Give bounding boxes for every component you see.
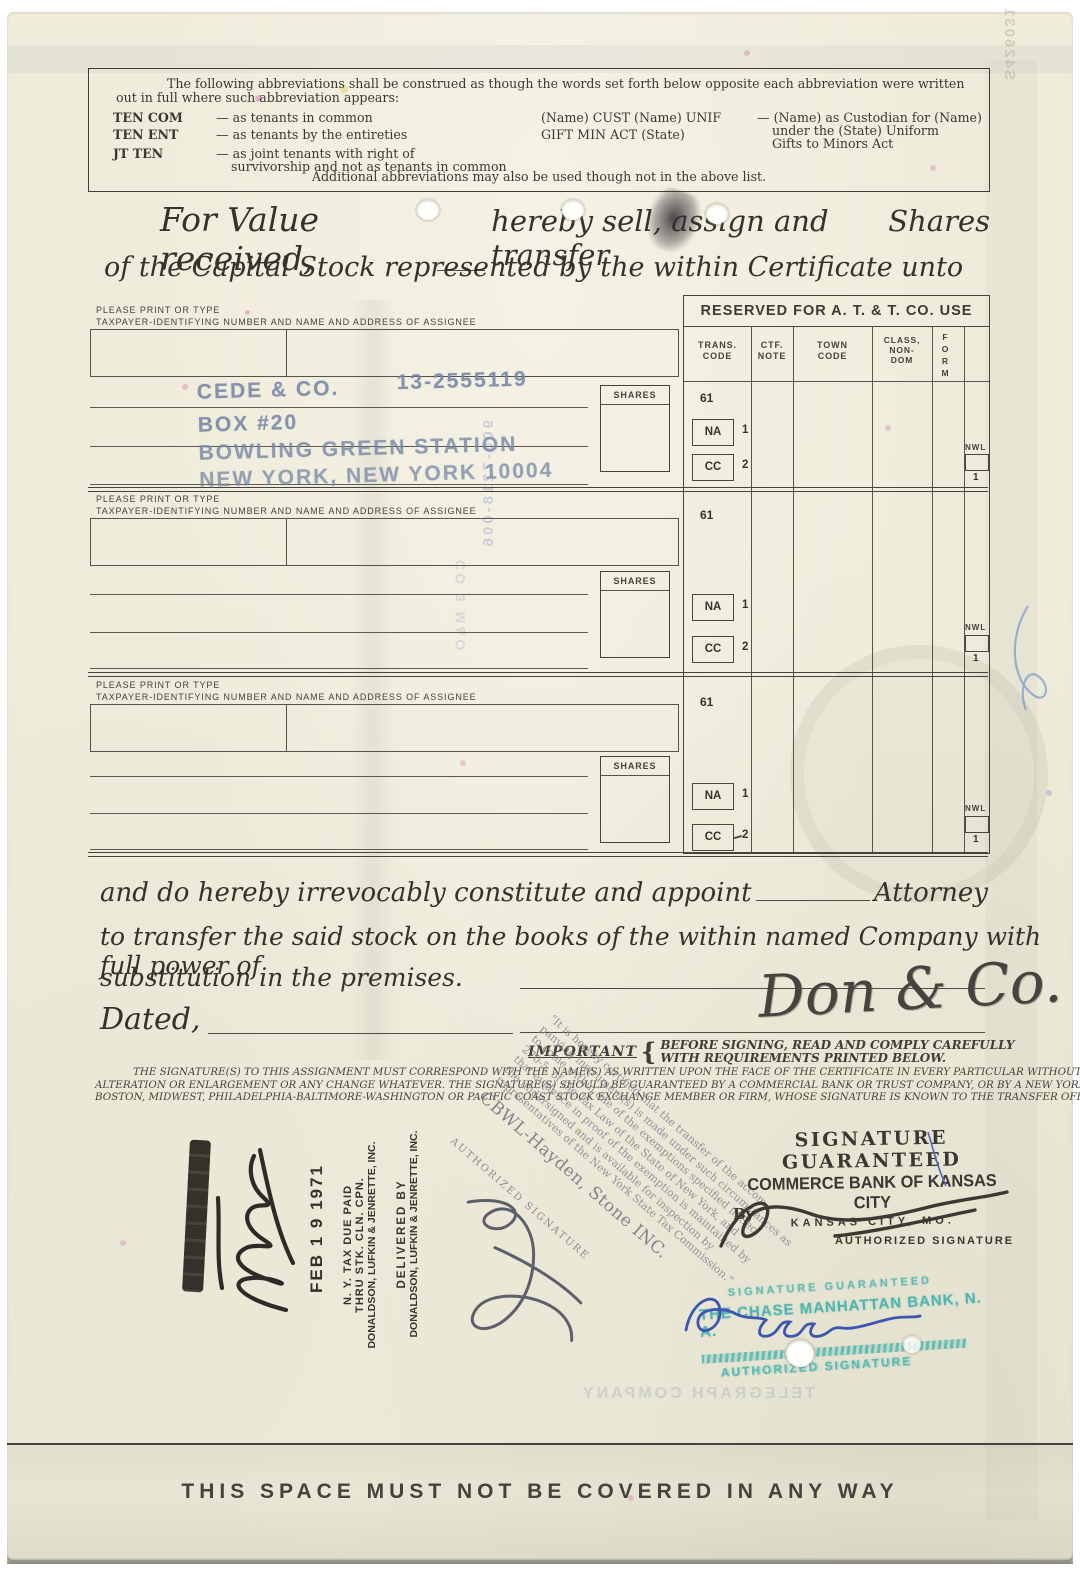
blank-line	[756, 899, 870, 901]
col-header-town-code: TOWN CODE	[793, 340, 872, 362]
row1-na-box: NA	[692, 419, 734, 446]
id-box-divider	[286, 519, 287, 565]
handwritten-signature-left	[208, 1138, 308, 1318]
id-box-divider	[286, 330, 287, 376]
row1-cc-num: 2	[742, 459, 748, 471]
abbrev-cust-def3: Gifts to Minors Act	[772, 136, 893, 151]
attorney-text: Attorney	[874, 878, 988, 908]
row3-trans-code: 61	[700, 695, 713, 709]
row2-cc-num: 2	[742, 641, 748, 653]
row1-nwl-label: NWL	[965, 443, 986, 452]
dated-line	[208, 1033, 513, 1034]
bleed-serial: S426031	[1001, 6, 1018, 80]
cede-number: 13-2555119	[396, 367, 528, 395]
punch-hole	[786, 1340, 814, 1367]
section2-id-box	[90, 518, 679, 566]
col-line	[932, 326, 933, 853]
id-box-divider	[286, 705, 287, 751]
col-header-line: TRANS.	[684, 340, 751, 351]
row2-na-num: 1	[742, 599, 748, 611]
row3-na-box: NA	[692, 783, 734, 810]
col-header-line: TOWN	[793, 340, 872, 351]
col-header-line: NON-	[872, 345, 932, 355]
col-header-trans-code: TRANS. CODE	[684, 340, 751, 362]
punch-hole	[562, 200, 584, 220]
col-header-ctf-note: CTF. NOTE	[751, 340, 793, 362]
col-header-line: CLASS,	[872, 335, 932, 345]
row2-na-box: NA	[692, 594, 734, 621]
bleed-telegraph-text: TELEGRAPH COMPANY	[580, 1385, 815, 1403]
sections-bottom-rule	[88, 852, 988, 857]
tax-paid-line1: N. Y. TAX DUE PAID	[342, 1130, 354, 1360]
section2-taxpayer-label: TAXPAYER-IDENTIFYING NUMBER AND NAME AND…	[96, 506, 477, 516]
col-header-line: CODE	[684, 351, 751, 362]
pen-stroke	[924, 1128, 952, 1192]
write-line	[90, 813, 588, 814]
delivered-by-line2: DONALDSON, LUFKIN & JENRETTE, INC.	[408, 1119, 420, 1349]
att-use-table: RESERVED FOR A. T. & T. CO. USE TRANS. C…	[683, 295, 990, 854]
signature-line-2	[520, 1032, 985, 1033]
tax-paid-line2: THRU STK. CLN. CPN.	[354, 1130, 366, 1360]
abbrev-cust-abbr1: (Name) CUST (Name) UNIF	[541, 110, 721, 125]
col-header-class-nondom: CLASS, NON- DOM	[872, 335, 932, 365]
shares-text: Shares	[888, 204, 990, 238]
row3-nwl-box	[965, 816, 989, 833]
cede-name: CEDE & CO.	[197, 377, 340, 404]
punch-hole	[706, 204, 728, 224]
na-code: NA	[693, 595, 733, 620]
footer-notice: THIS SPACE MUST NOT BE COVERED IN ANY WA…	[0, 1480, 1080, 1504]
delivered-by-line1: DELIVERED BY	[396, 1119, 408, 1349]
na-code: NA	[693, 420, 733, 445]
col-header-line: DOM	[872, 355, 932, 365]
att-table-title: RESERVED FOR A. T. & T. CO. USE	[684, 296, 989, 327]
abbrev-cust-abbr2: GIFT MIN ACT (State)	[541, 127, 685, 142]
row1-nwl-num: 1	[973, 472, 979, 483]
important-line1: BEFORE SIGNING, READ AND COMPLY CAREFULL…	[660, 1039, 1014, 1052]
shares-box-label: SHARES	[601, 757, 669, 776]
speckle	[182, 384, 188, 390]
row2-trans-code: 61	[700, 508, 713, 522]
col-header-line: NOTE	[751, 351, 793, 362]
row3-na-num: 1	[742, 788, 748, 800]
bottom-strip-shading	[7, 1444, 1073, 1564]
certificate-back-scan: 900-7218-006 CO 3 M&O S426031 TELEGRAPH …	[0, 0, 1080, 1574]
speckle	[744, 50, 750, 56]
write-line	[90, 594, 588, 595]
speckle	[120, 1240, 126, 1246]
constitute-appoint-text: and do hereby irrevocably constitute and…	[100, 878, 752, 908]
bottom-strip-rule	[7, 1443, 1073, 1445]
write-line	[90, 776, 588, 777]
shares-box-label: SHARES	[601, 572, 669, 591]
col-line	[793, 326, 794, 853]
abbrev-jt-ten: JT TEN	[113, 146, 163, 161]
section-divider	[88, 672, 988, 677]
row3-cc-box: CC	[692, 824, 734, 851]
col-header-form: FORM	[940, 332, 949, 380]
appointment-line3: substitution in the premises.	[100, 963, 463, 992]
cede-and-co-stamp: CEDE & CO. 13-2555119 BOX #20 BOWLING GR…	[197, 367, 680, 492]
commerce-line1: SIGNATURE GUARANTEED	[721, 1125, 1022, 1174]
section-divider	[88, 487, 988, 492]
row2-nwl-num: 1	[973, 653, 979, 664]
commerce-handwritten-signature	[715, 1180, 1015, 1260]
abbrev-intro-line1: The following abbreviations shall be con…	[167, 76, 964, 91]
tax-paid-stamp: N. Y. TAX DUE PAID THRU STK. CLN. CPN. D…	[342, 1130, 384, 1360]
tax-paid-line3: DONALDSON, LUFKIN & JENRETTE, INC.	[366, 1130, 378, 1360]
row2-nwl-box	[965, 635, 989, 652]
header-underline	[684, 381, 989, 382]
pen-tick	[734, 835, 742, 839]
important-brace: {	[641, 1037, 656, 1066]
cc-code: CC	[693, 825, 733, 850]
punch-hole	[417, 200, 439, 220]
abbrev-ten-com: TEN COM	[113, 110, 183, 125]
row3-nwl-label: NWL	[965, 804, 986, 813]
cc-code: CC	[693, 637, 733, 662]
abbrev-ten-ent: TEN ENT	[113, 127, 178, 142]
write-line	[90, 849, 588, 850]
section3-shares-box: SHARES	[600, 756, 670, 843]
abbreviations-box: The following abbreviations shall be con…	[88, 68, 990, 192]
row3-nwl-num: 1	[973, 834, 979, 845]
paper-bottom-edge	[7, 1558, 1073, 1564]
speckle	[245, 310, 250, 315]
section3-id-box	[90, 704, 679, 752]
row1-cc-box: CC	[692, 454, 734, 481]
na-code: NA	[693, 784, 733, 809]
date-stamp: FEB 1 9 1971	[307, 1163, 333, 1293]
row1-na-num: 1	[742, 424, 748, 436]
delivered-by-stamp: DELIVERED BY DONALDSON, LUFKIN & JENRETT…	[396, 1119, 426, 1349]
row1-nwl-box	[965, 454, 989, 471]
dated-text: Dated,	[100, 1002, 201, 1037]
pen-squiggle-right	[998, 598, 1062, 728]
section1-taxpayer-label: TAXPAYER-IDENTIFYING NUMBER AND NAME AND…	[96, 317, 477, 327]
section3-print-label: PLEASE PRINT OR TYPE	[96, 680, 220, 690]
section2-print-label: PLEASE PRINT OR TYPE	[96, 494, 220, 504]
cc-code: CC	[693, 455, 733, 480]
write-line	[90, 632, 588, 633]
appointment-line1: and do hereby irrevocably constitute and…	[100, 878, 988, 908]
assignment-script-line2: of the Capital Stock represented by the …	[104, 252, 963, 283]
section2-shares-box: SHARES	[600, 571, 670, 658]
abbrev-ten-com-def: — as tenants in common	[216, 110, 373, 125]
speckle	[1046, 790, 1052, 796]
col-line	[751, 326, 752, 853]
abbrev-ten-ent-def: — as tenants by the entireties	[216, 127, 407, 142]
col-header-line: CTF.	[751, 340, 793, 351]
abbrev-footer: Additional abbreviations may also be use…	[89, 169, 989, 184]
section3-taxpayer-label: TAXPAYER-IDENTIFYING NUMBER AND NAME AND…	[96, 692, 477, 702]
punch-hole	[903, 1336, 921, 1353]
abbrev-intro-line2: out in full where such abbreviation appe…	[116, 90, 399, 105]
bleed-number-2: CO 3 M&O	[452, 560, 468, 653]
col-line	[964, 326, 965, 853]
write-line	[90, 668, 588, 669]
section1-print-label: PLEASE PRINT OR TYPE	[96, 305, 220, 315]
row1-trans-code: 61	[700, 391, 713, 405]
speckle	[460, 760, 466, 766]
row2-cc-box: CC	[692, 636, 734, 663]
col-header-line: CODE	[793, 351, 872, 362]
row2-nwl-label: NWL	[965, 623, 986, 632]
col-line	[872, 326, 873, 853]
important-line2: WITH REQUIREMENTS PRINTED BELOW.	[660, 1052, 1014, 1065]
row3-cc-num: 2	[742, 829, 748, 841]
